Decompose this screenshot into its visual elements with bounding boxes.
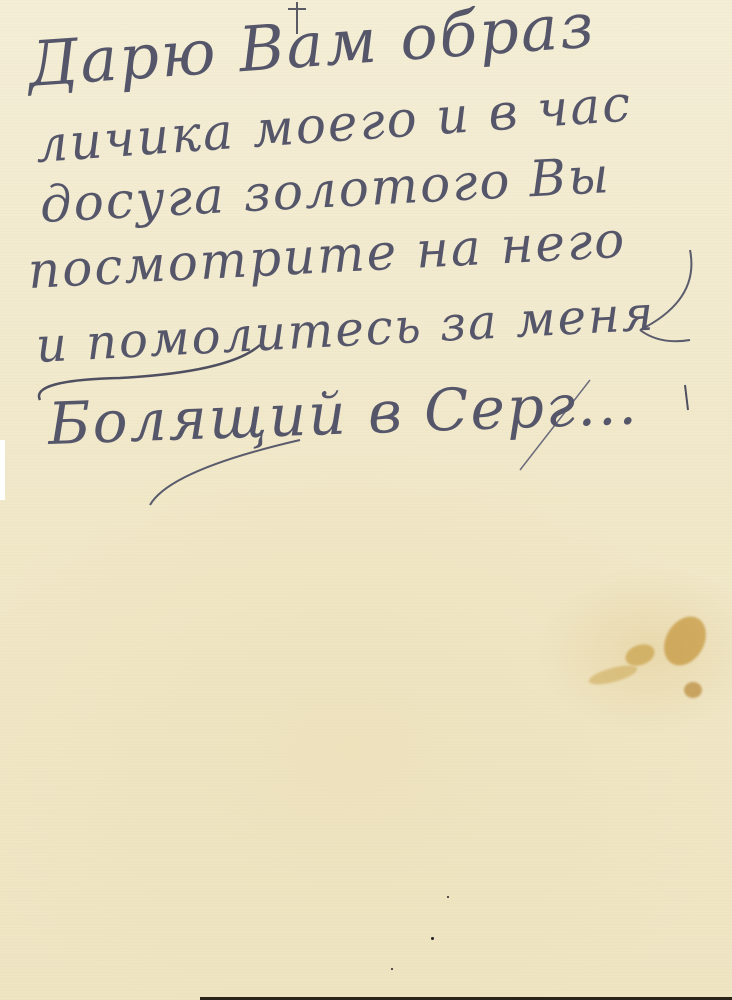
signature-line: Болящий в Серг... <box>47 369 640 458</box>
handwritten-text: Дарю Вам образ личика моего и в час досу… <box>0 0 732 1000</box>
text-line-5: и помолитесь за меня <box>35 286 657 374</box>
